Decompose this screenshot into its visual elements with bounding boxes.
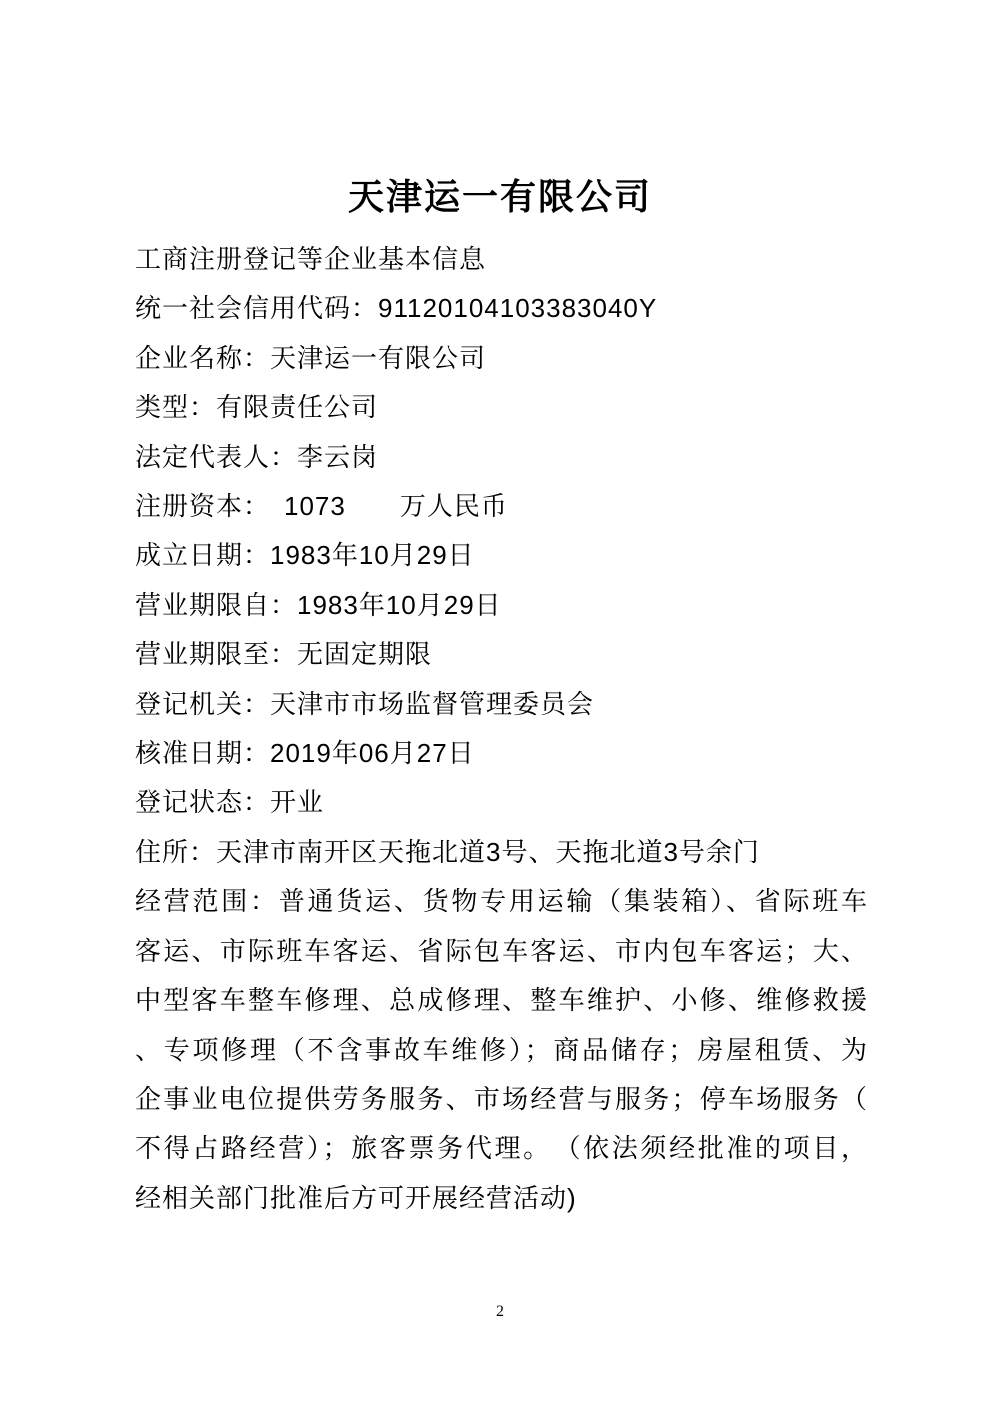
business-scope-line: 企事业电位提供劳务服务、市场经营与服务；停车场服务（ bbox=[135, 1075, 868, 1124]
field-registered-capital: 注册资本： 1073 万人民币 bbox=[135, 482, 868, 531]
field-approval-date: 核准日期：2019年06月27日 bbox=[135, 729, 868, 778]
field-business-term-to: 营业期限至：无固定期限 bbox=[135, 630, 868, 679]
business-scope-line: 、专项修理（不含事故车维修）；商品储存；房屋租赁、为 bbox=[135, 1026, 868, 1075]
business-scope-line: 不得占路经营）；旅客票务代理。 （依法须经批准的项目， bbox=[135, 1124, 868, 1173]
business-scope-line: 经营范围：普通货运、货物专用运输（集装箱）、省际班车 bbox=[135, 877, 868, 926]
field-registration-authority: 登记机关：天津市市场监督管理委员会 bbox=[135, 680, 868, 729]
business-scope-line: 经相关部门批准后方可开展经营活动) bbox=[135, 1174, 868, 1223]
field-establishment-date: 成立日期：1983年10月29日 bbox=[135, 531, 868, 580]
field-business-term-from: 营业期限自：1983年10月29日 bbox=[135, 581, 868, 630]
page-number: 2 bbox=[0, 1303, 1000, 1321]
business-scope-line: 客运、市际班车客运、省际包车客运、市内包车客运；大、 bbox=[135, 927, 868, 976]
field-company-type: 类型：有限责任公司 bbox=[135, 383, 868, 432]
document-title: 天津运一有限公司 bbox=[0, 172, 1000, 222]
document-body: 工商注册登记等企业基本信息 统一社会信用代码：91120104103383040… bbox=[135, 235, 868, 1223]
section-heading: 工商注册登记等企业基本信息 bbox=[135, 235, 868, 284]
business-scope-paragraph: 经营范围：普通货运、货物专用运输（集装箱）、省际班车 客运、市际班车客运、省际包… bbox=[135, 877, 868, 1223]
field-address: 住所：天津市南开区天拖北道3号、天拖北道3号余门 bbox=[135, 828, 868, 877]
business-scope-line: 中型客车整车修理、总成修理、整车维护、小修、维修救援 bbox=[135, 976, 868, 1025]
field-legal-representative: 法定代表人：李云岗 bbox=[135, 433, 868, 482]
field-company-name: 企业名称：天津运一有限公司 bbox=[135, 334, 868, 383]
document-page: 天津运一有限公司 工商注册登记等企业基本信息 统一社会信用代码：91120104… bbox=[0, 0, 1000, 1414]
field-credit-code: 统一社会信用代码：91120104103383040Y bbox=[135, 284, 868, 333]
field-registration-status: 登记状态：开业 bbox=[135, 778, 868, 827]
